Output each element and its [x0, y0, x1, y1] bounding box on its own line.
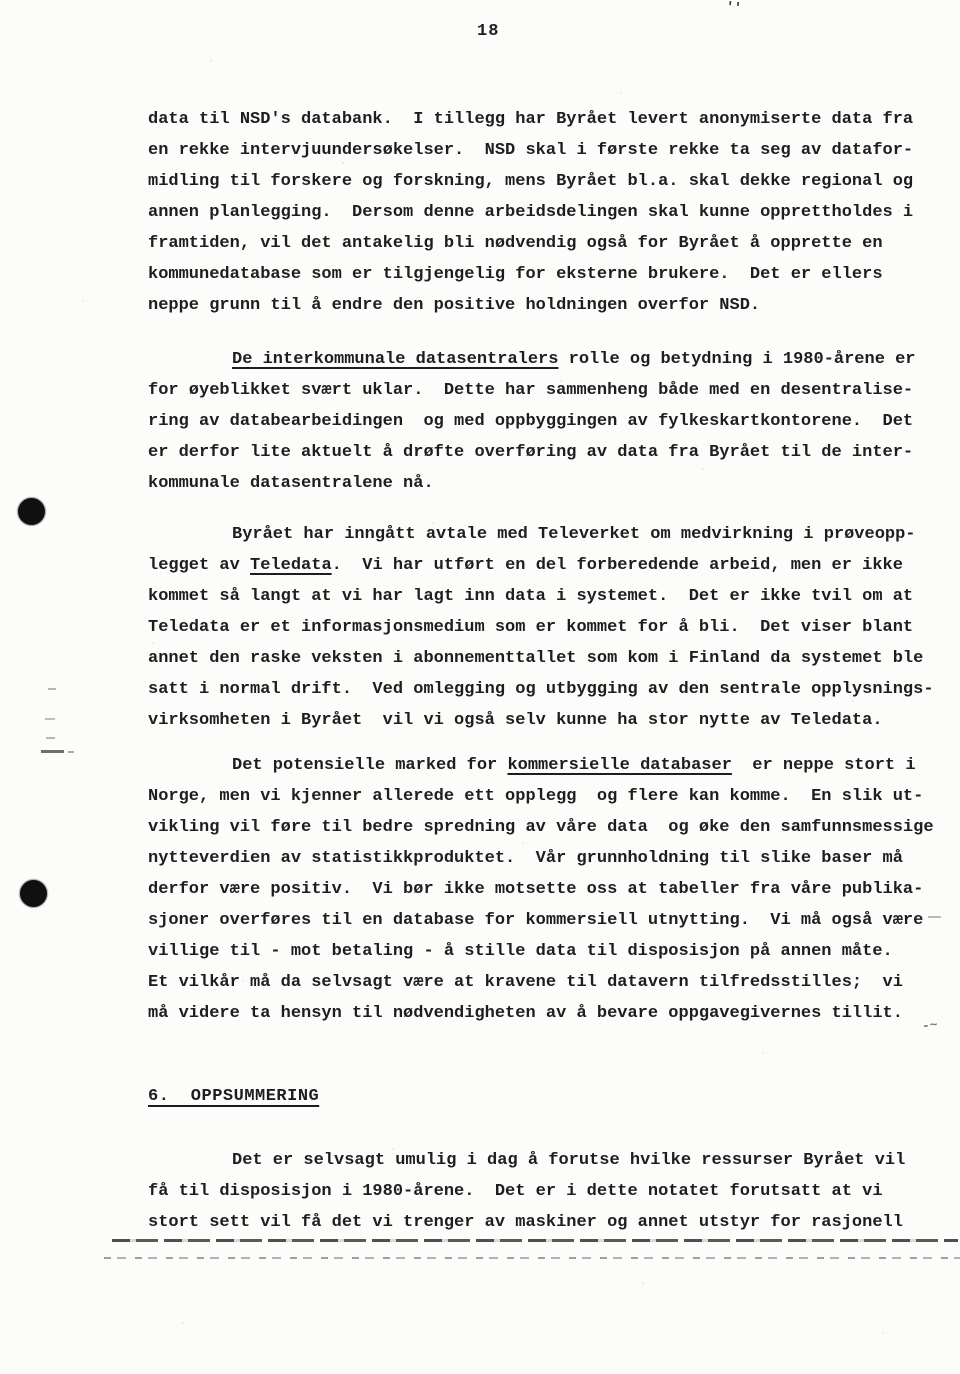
scan-noise — [0, 0, 2, 2]
text-line: Norge, men vi kjenner allerede ett opple… — [148, 781, 938, 812]
text-segment: få til disposisjon i 1980-årene. Det er … — [148, 1182, 883, 1201]
text-segment: ring av databearbeidingen og med oppbygg… — [148, 412, 913, 431]
text-segment: satt i normal drift. Ved omlegging og ut… — [148, 680, 934, 699]
text-segment: annet den raske veksten i abonnementtall… — [148, 649, 923, 668]
text-segment: en rekke intervjuundersøkelser. NSD skal… — [148, 141, 913, 160]
text-line: ring av databearbeidingen og med oppbygg… — [148, 406, 938, 437]
text-segment: derfor være positiv. Vi bør ikke motsett… — [148, 880, 923, 899]
text-line: må videre ta hensyn til nødvendigheten a… — [148, 998, 938, 1029]
text-segment: Teledata er et informasjonsmedium som er… — [148, 618, 913, 637]
paragraph: Byrået har inngått avtale med Televerket… — [148, 519, 938, 736]
scan-artifact-line — [112, 1239, 958, 1242]
text-segment: kommunale datasentralene nå. — [148, 474, 434, 493]
page-number: 18 — [477, 22, 499, 41]
text-segment: Norge, men vi kjenner allerede ett opple… — [148, 787, 923, 806]
hole-punch-mark — [18, 498, 45, 525]
paragraph: De interkommunale datasentralers rolle o… — [148, 344, 938, 499]
margin-scan-mark: -~ — [921, 1017, 938, 1034]
margin-scan-mark — [68, 751, 74, 753]
text-line: er derfor lite aktuelt å drøfte overføri… — [148, 437, 938, 468]
text-segment: er derfor lite aktuelt å drøfte overføri… — [148, 443, 913, 462]
text-line: sjoner overføres til en database for kom… — [148, 905, 938, 936]
margin-scan-mark — [45, 718, 55, 720]
text-line: stort sett vil få det vi trenger av mask… — [148, 1207, 938, 1238]
text-line: framtiden, vil det antakelig bli nødvend… — [148, 228, 938, 259]
text-line: satt i normal drift. Ved omlegging og ut… — [148, 674, 938, 705]
text-segment: framtiden, vil det antakelig bli nødvend… — [148, 234, 883, 253]
text-line: annet den raske veksten i abonnementtall… — [148, 643, 938, 674]
text-line: vikling vil føre til bedre spredning av … — [148, 812, 938, 843]
text-segment: virksomheten i Byrået vil vi også selv k… — [148, 711, 883, 730]
underlined-text: 6. OPPSUMMERING — [148, 1087, 319, 1106]
text-line: Et vilkår må da selvsagt være at kravene… — [148, 967, 938, 998]
text-segment: midling til forskere og forskning, mens … — [148, 172, 913, 191]
paragraph: Det er selvsagt umulig i dag å forutse h… — [148, 1145, 938, 1238]
margin-scan-mark — [41, 750, 64, 753]
text-line: kommunale datasentralene nå. — [148, 468, 938, 499]
margin-scan-mark — [928, 916, 941, 918]
text-line: kommunedatabase som er tilgjengelig for … — [148, 259, 938, 290]
text-segment: neppe grunn til å endre den positive hol… — [148, 296, 760, 315]
text-segment: annen planlegging. Dersom denne arbeidsd… — [148, 203, 913, 222]
document-page: 18 data til NSD's databank. I tillegg ha… — [0, 0, 960, 1374]
text-segment: . Vi har utført en del forberedende arbe… — [332, 556, 903, 575]
text-line: Det potensielle marked for kommersielle … — [148, 750, 938, 781]
document-text: data til NSD's databank. I tillegg har B… — [148, 104, 938, 1238]
text-segment: kommet så langt at vi har lagt inn data … — [148, 587, 913, 606]
scan-artifact-line — [104, 1257, 960, 1259]
hole-punch-mark — [20, 880, 47, 907]
underlined-text: De interkommunale datasentralers — [232, 350, 558, 369]
text-segment: Det potensielle marked for — [232, 756, 507, 775]
text-line: virksomheten i Byrået vil vi også selv k… — [148, 705, 938, 736]
text-segment: for øyeblikket svært uklar. Dette har sa… — [148, 381, 913, 400]
section-heading: 6. OPPSUMMERING — [148, 1081, 938, 1112]
text-segment: er neppe stort i — [732, 756, 916, 775]
text-segment: vikling vil føre til bedre spredning av … — [148, 818, 934, 837]
text-line: Det er selvsagt umulig i dag å forutse h… — [148, 1145, 938, 1176]
text-segment: sjoner overføres til en database for kom… — [148, 911, 923, 930]
text-segment: rolle og betydning i 1980-årene er — [558, 350, 915, 369]
underlined-text: Teledata — [250, 556, 332, 575]
text-line: villige til - mot betaling - å stille da… — [148, 936, 938, 967]
underlined-text: kommersielle databaser — [507, 756, 731, 775]
text-line: 6. OPPSUMMERING — [148, 1081, 938, 1112]
text-line: nytteverdien av statistikkproduktet. Vår… — [148, 843, 938, 874]
text-segment: data til NSD's databank. I tillegg har B… — [148, 110, 913, 129]
paragraph: Det potensielle marked for kommersielle … — [148, 750, 938, 1029]
text-line: kommet så langt at vi har lagt inn data … — [148, 581, 938, 612]
text-segment: villige til - mot betaling - å stille da… — [148, 942, 893, 961]
text-line: data til NSD's databank. I tillegg har B… — [148, 104, 938, 135]
margin-scan-mark — [46, 737, 55, 739]
text-segment: kommunedatabase som er tilgjengelig for … — [148, 265, 883, 284]
text-line: Teledata er et informasjonsmedium som er… — [148, 612, 938, 643]
text-segment: Byrået har inngått avtale med Televerket… — [232, 525, 916, 544]
text-line: annen planlegging. Dersom denne arbeidsd… — [148, 197, 938, 228]
text-line: midling til forskere og forskning, mens … — [148, 166, 938, 197]
paragraph: data til NSD's databank. I tillegg har B… — [148, 104, 938, 321]
margin-scan-mark — [48, 688, 56, 690]
corner-scan-mark: '' — [725, 0, 742, 16]
text-segment: Det er selvsagt umulig i dag å forutse h… — [232, 1151, 905, 1170]
text-segment: nytteverdien av statistikkproduktet. Vår… — [148, 849, 903, 868]
text-segment: legget av — [148, 556, 250, 575]
text-line: for øyeblikket svært uklar. Dette har sa… — [148, 375, 938, 406]
text-segment: stort sett vil få det vi trenger av mask… — [148, 1213, 903, 1232]
text-segment: må videre ta hensyn til nødvendigheten a… — [148, 1004, 903, 1023]
text-line: derfor være positiv. Vi bør ikke motsett… — [148, 874, 938, 905]
text-line: legget av Teledata. Vi har utført en del… — [148, 550, 938, 581]
text-line: neppe grunn til å endre den positive hol… — [148, 290, 938, 321]
text-segment: Et vilkår må da selvsagt være at kravene… — [148, 973, 903, 992]
text-line: en rekke intervjuundersøkelser. NSD skal… — [148, 135, 938, 166]
text-line: Byrået har inngått avtale med Televerket… — [148, 519, 938, 550]
text-line: få til disposisjon i 1980-årene. Det er … — [148, 1176, 938, 1207]
text-line: De interkommunale datasentralers rolle o… — [148, 344, 938, 375]
